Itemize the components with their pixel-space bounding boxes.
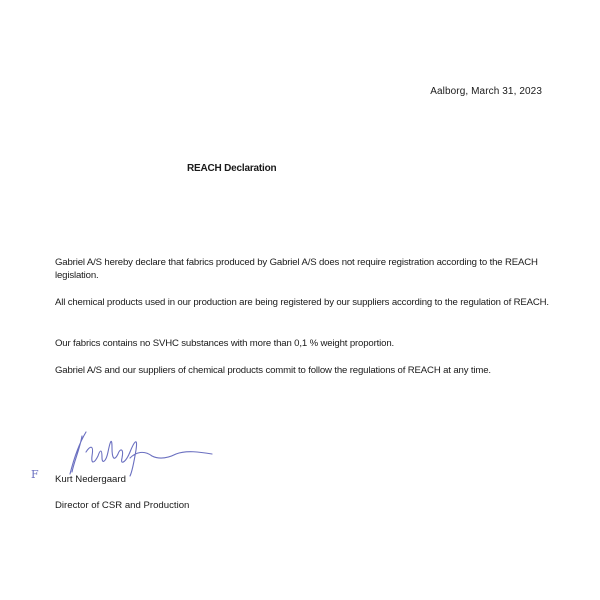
signer-name: Kurt Nedergaard [55, 474, 126, 485]
signer-title: Director of CSR and Production [55, 500, 189, 511]
handwritten-signature-icon [60, 428, 220, 478]
paragraph-svhc: Our fabrics contains no SVHC substances … [55, 337, 555, 350]
paragraph-commitment: Gabriel A/S and our suppliers of chemica… [55, 364, 585, 377]
paragraph-registration: Gabriel A/S hereby declare that fabrics … [55, 256, 555, 282]
document-title: REACH Declaration [187, 163, 276, 174]
document-page: Aalborg, March 31, 2023 REACH Declaratio… [0, 0, 600, 600]
date-line: Aalborg, March 31, 2023 [430, 86, 542, 97]
paragraph-chemical-products: All chemical products used in our produc… [55, 296, 555, 309]
initial-mark: F [31, 468, 39, 481]
